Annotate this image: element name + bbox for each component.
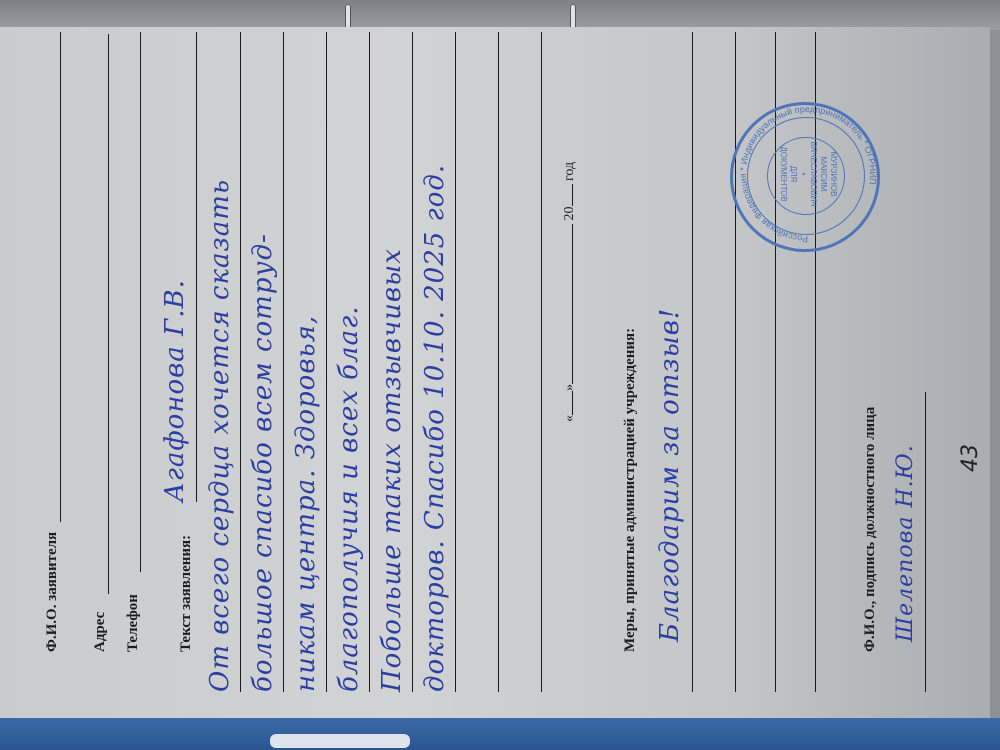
date-close-quote: » bbox=[562, 384, 577, 391]
statement-line-1: Агафонова Г.В. bbox=[160, 279, 190, 502]
phone-label: Телефон bbox=[125, 594, 142, 652]
statement-line-6: Побольше таких отзывчивых bbox=[377, 248, 407, 692]
official-rule bbox=[925, 392, 926, 692]
statement-rule bbox=[369, 32, 370, 692]
official-signature: Шелепова Н.Ю. bbox=[893, 444, 918, 642]
measures-label: Меры, принятые администрацией учреждения… bbox=[622, 328, 639, 652]
statement-rule bbox=[498, 32, 499, 692]
date-open-quote: « bbox=[562, 415, 577, 422]
statement-rule bbox=[326, 32, 327, 692]
measures-text: Благодарим за отзыв! bbox=[655, 308, 685, 642]
statement-rule bbox=[455, 32, 456, 692]
official-label: Ф.И.О., подпись должностного лица bbox=[862, 407, 879, 652]
statement-label: Текст заявления: bbox=[178, 535, 195, 652]
applicant-name-line bbox=[60, 32, 61, 522]
statement-line-7: докторов. Спасибо 10.10. 2025 год. bbox=[420, 164, 450, 692]
date-year-suffix: год bbox=[562, 162, 577, 181]
statement-rule bbox=[283, 32, 284, 692]
statement-line-3: большое спасибо всем сотруд- bbox=[248, 233, 278, 692]
official-stamp: Российская Федерация * Индивидуальный пр… bbox=[730, 102, 880, 252]
address-line bbox=[108, 34, 109, 594]
applicant-name-label: Ф.И.О. заявителя bbox=[44, 532, 61, 652]
date-field: «» 20 год bbox=[562, 162, 578, 422]
statement-rule bbox=[412, 32, 413, 692]
statement-line-2: От всего сердца хочется сказать bbox=[205, 179, 235, 692]
phone-line bbox=[140, 32, 141, 572]
form-sheet: Ф.И.О. заявителя Адрес Телефон Текст зая… bbox=[0, 27, 990, 722]
binder-glare bbox=[270, 734, 410, 748]
statement-line-4: никам центра. Здоровья, bbox=[291, 315, 321, 692]
binder-cover bbox=[0, 718, 1000, 750]
address-label: Адрес bbox=[92, 612, 109, 652]
statement-rule bbox=[541, 32, 542, 692]
statement-rule bbox=[240, 32, 241, 692]
page-number: 43 bbox=[958, 444, 983, 472]
date-year-prefix: 20 bbox=[562, 207, 577, 221]
statement-line-5: благополучия и всех благ. bbox=[334, 306, 364, 693]
measures-rule bbox=[692, 32, 693, 692]
stamp-center-text: МУРЗИНОВМАКСИМВЯЧЕСЛАВОВИЧ•ДЛЯДОКУМЕНТОВ bbox=[778, 129, 838, 219]
statement-rule bbox=[196, 32, 197, 502]
background-shadow bbox=[0, 0, 1000, 30]
